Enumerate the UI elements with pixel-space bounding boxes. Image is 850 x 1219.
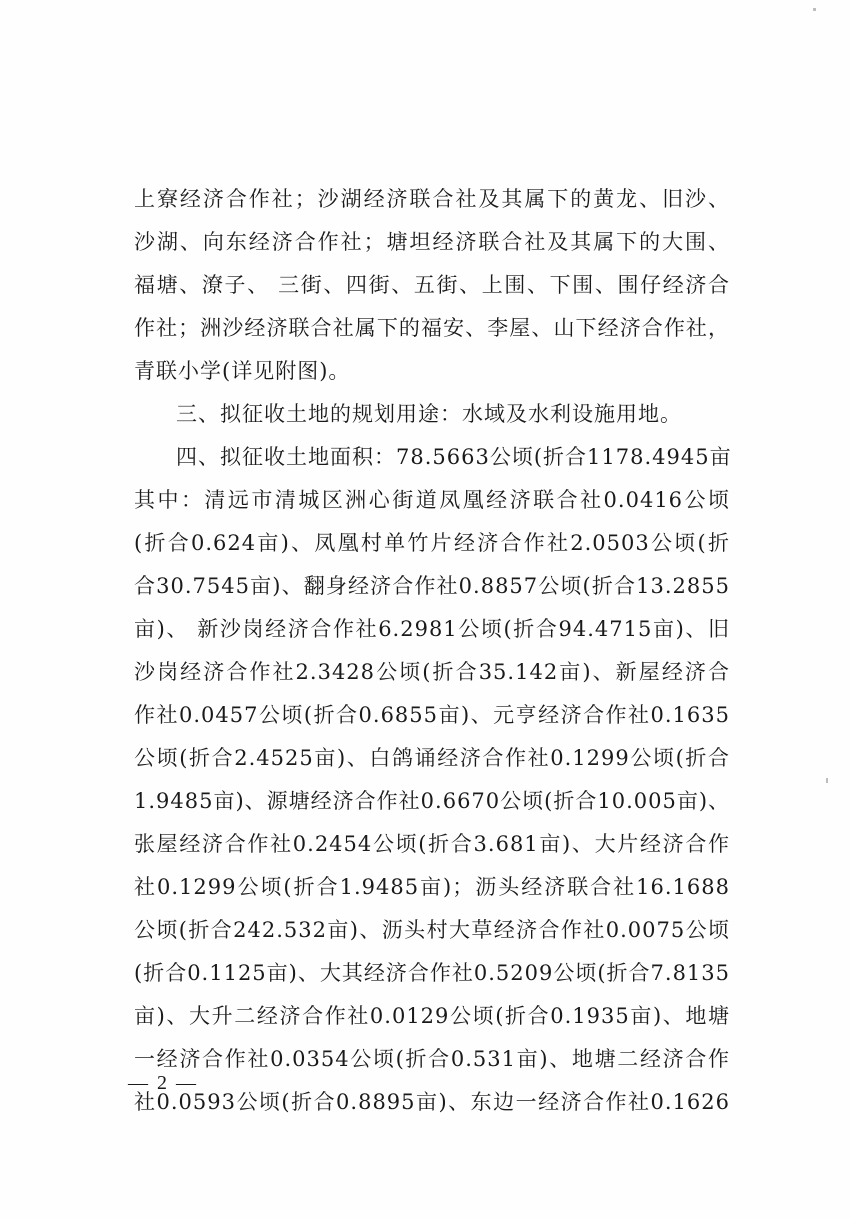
paragraph-villages-list: 上寮经济合作社；沙湖经济联合社及其属下的黄龙、旧沙、 沙湖、向东经济合作社；塘坦…	[134, 182, 730, 397]
text-line: 社0.1299公顷(折合1.9485亩)；沥头经济联合社16.1688	[134, 870, 730, 913]
text-line: 青联小学(详见附图)。	[134, 354, 730, 397]
text-line: 上寮经济合作社；沙湖经济联合社及其属下的黄龙、旧沙、	[134, 182, 730, 225]
text-line: 社0.0593公顷(折合0.8895亩)、东边一经济合作社0.1626	[134, 1085, 730, 1128]
scan-artifact	[826, 778, 828, 783]
section-heading-4: 四、拟征收土地面积：78.5663公顷(折合1178.4945亩)	[134, 440, 730, 483]
text-line: 沙岗经济合作社2.3428公顷(折合35.142亩)、新屋经济合	[134, 655, 730, 698]
text-line: 福塘、潦子、 三街、四街、五街、上围、下围、围仔经济合	[134, 268, 730, 311]
text-line: 亩)、大升二经济合作社0.0129公顷(折合0.1935亩)、地塘	[134, 999, 730, 1042]
paragraph-section-4-land-area: 四、拟征收土地面积：78.5663公顷(折合1178.4945亩) 其中：清远市…	[134, 440, 730, 1171]
text-line: 1.9485亩)、源塘经济合作社0.6670公顷(折合10.005亩)、	[134, 784, 730, 827]
text-line: 一经济合作社0.0354公顷(折合0.531亩)、地塘二经济合作	[134, 1042, 730, 1085]
text-line: 公顷(折合242.532亩)、沥头村大草经济合作社0.0075公顷	[134, 913, 730, 956]
text-line: (折合0.624亩)、凤凰村单竹片经济合作社2.0503公顷(折	[134, 526, 730, 569]
text-line: 亩)、 新沙岗经济合作社6.2981公顷(折合94.4715亩)、旧	[134, 612, 730, 655]
paragraph-section-3-planned-use: 三、拟征收土地的规划用途：水域及水利设施用地。	[134, 397, 730, 440]
section-heading-3: 三、拟征收土地的规划用途：水域及水利设施用地。	[134, 397, 730, 440]
scan-artifact	[813, 8, 816, 11]
text-line: (折合0.1125亩)、大其经济合作社0.5209公顷(折合7.8135	[134, 956, 730, 999]
text-line: 作社；洲沙经济联合社属下的福安、李屋、山下经济合作社，	[134, 311, 730, 354]
text-line: 张屋经济合作社0.2454公顷(折合3.681亩)、大片经济合作	[134, 827, 730, 870]
text-line	[134, 1128, 730, 1171]
text-line: 作社0.0457公顷(折合0.6855亩)、元亨经济合作社0.1635	[134, 698, 730, 741]
page-number: — 2 —	[128, 1072, 198, 1095]
text-line: 公顷(折合2.4525亩)、白鸽诵经济合作社0.1299公顷(折合	[134, 741, 730, 784]
document-body: 上寮经济合作社；沙湖经济联合社及其属下的黄龙、旧沙、 沙湖、向东经济合作社；塘坦…	[134, 182, 730, 1171]
text-line: 沙湖、向东经济合作社；塘坦经济联合社及其属下的大围、	[134, 225, 730, 268]
text-line: 其中：清远市清城区洲心街道凤凰经济联合社0.0416公顷	[134, 483, 730, 526]
text-line: 合30.7545亩)、翻身经济合作社0.8857公顷(折合13.2855	[134, 569, 730, 612]
document-page: 上寮经济合作社；沙湖经济联合社及其属下的黄龙、旧沙、 沙湖、向东经济合作社；塘坦…	[0, 0, 850, 1219]
